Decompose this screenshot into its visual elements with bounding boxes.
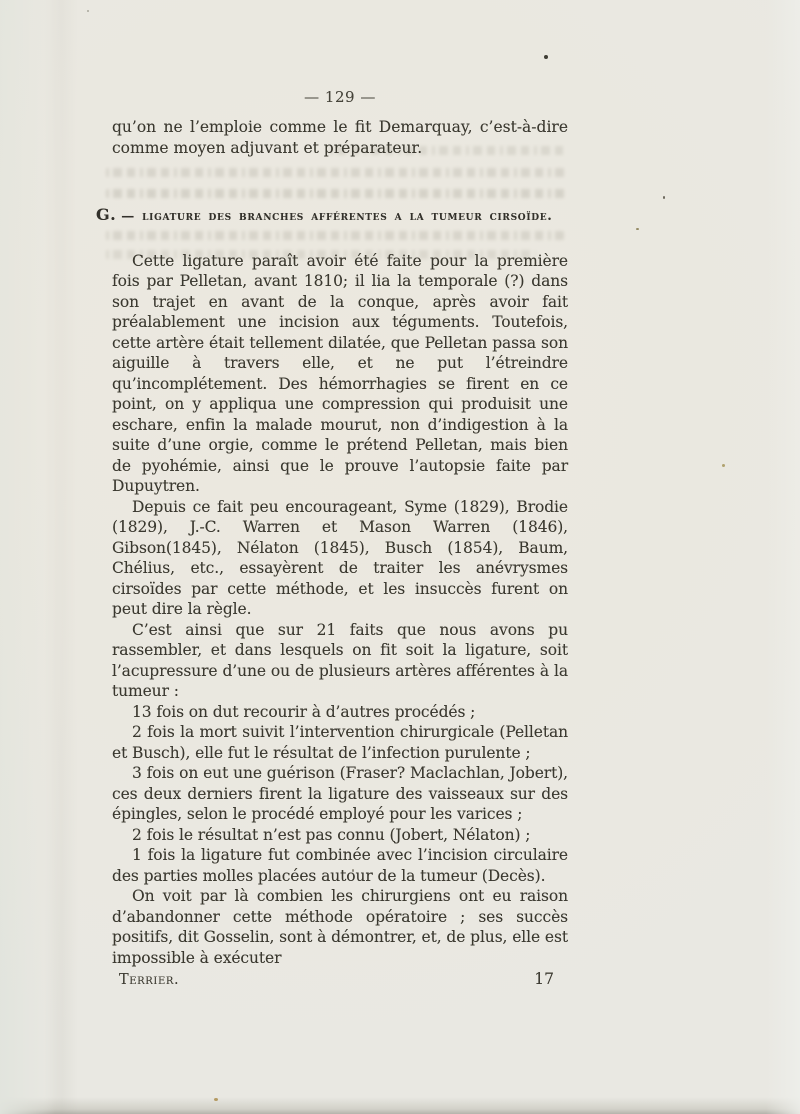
continuation-paragraph: qu’on ne l’emploie comme le fit Demarqua… [112, 117, 568, 159]
paper-speck [722, 464, 725, 467]
paper-speck [87, 10, 89, 12]
page-number: — 129 — [112, 88, 568, 106]
body-paragraph: C’est ainsi que sur 21 faits que nous av… [112, 620, 568, 702]
paper-speck [663, 196, 665, 199]
paper-speck [214, 1098, 218, 1101]
body-paragraph: 2 fois la mort suivit l’intervention chi… [112, 722, 568, 763]
text-column: — 129 — qu’on ne l’emploie comme le fit … [112, 88, 568, 990]
scanned-book-page: — 129 — qu’on ne l’emploie comme le fit … [0, 0, 800, 1114]
body-paragraph: Depuis ce fait peu encourageant, Syme (1… [112, 497, 568, 620]
paper-speck [544, 55, 548, 59]
section-heading-text: — ligature des branches afférentes a la … [121, 209, 552, 224]
body-paragraph: Cette ligature paraît avoir été faite po… [112, 251, 568, 497]
page-footer: Terrier. 17 [112, 969, 568, 990]
signature-name: Terrier. [119, 970, 179, 990]
body-paragraph: 13 fois on dut recourir à d’autres procé… [112, 702, 568, 723]
paper-speck [636, 228, 639, 230]
body-paragraph: 1 fois la ligature fut combinée avec l’i… [112, 845, 568, 886]
body-paragraph: 2 fois le résultat n’est pas connu (Jobe… [112, 825, 568, 846]
section-heading-initial: G. [96, 205, 117, 224]
section-heading: G. — ligature des branches afférentes a … [96, 205, 568, 224]
body-paragraph: 3 fois on eut une guérison (Fraser? Macl… [112, 763, 568, 825]
body-text: Cette ligature paraît avoir été faite po… [112, 251, 568, 969]
signature-sheet-number: 17 [534, 969, 554, 989]
body-paragraph: On voit par là combien les chirurgiens o… [112, 886, 568, 968]
